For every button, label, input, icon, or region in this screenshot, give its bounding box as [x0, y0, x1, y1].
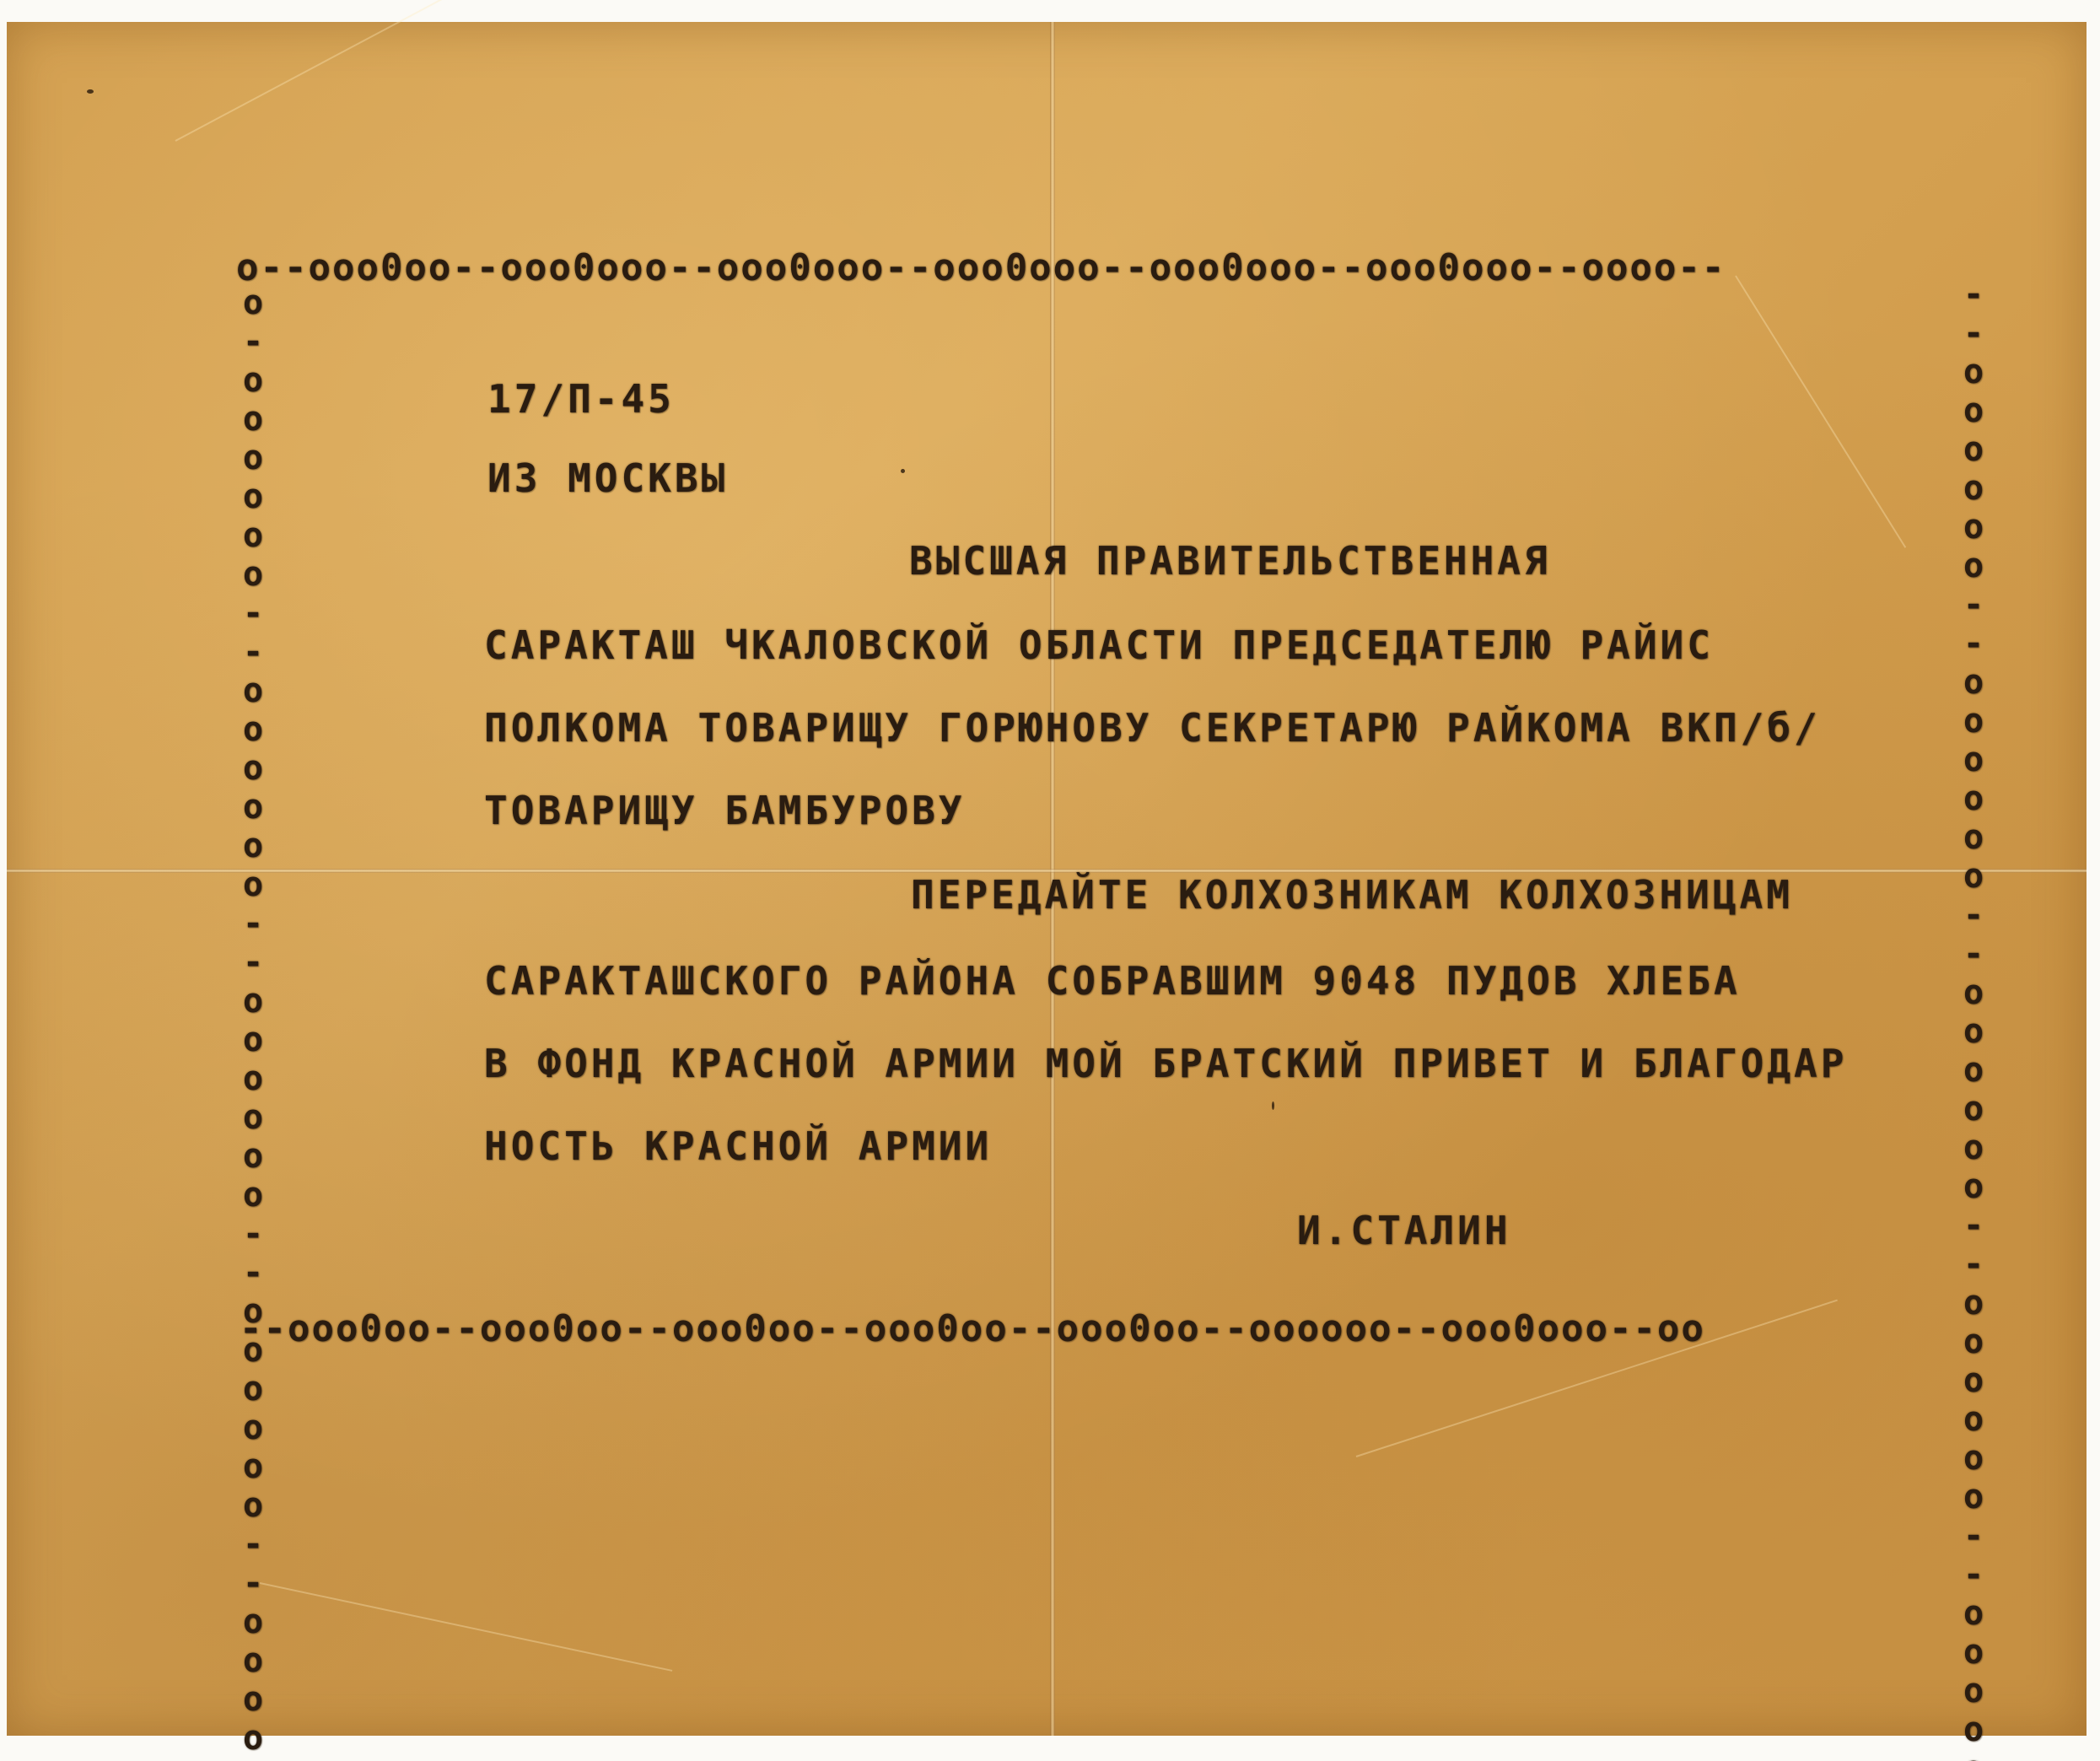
paper-crease [1735, 275, 1906, 547]
body-line-3: В ФОНД КРАСНОЙ АРМИИ МОЙ БРАТСКИЙ ПРИВЕТ… [484, 1041, 1847, 1086]
address-line-1: САРАКТАШ ЧКАЛОВСКОЙ ОБЛАСТИ ПРЕДСЕДАТЕЛЮ… [484, 622, 1714, 668]
body-line-4: НОСТЬ КРАСНОЙ АРМИИ [484, 1123, 992, 1169]
border-top: o--ooo0oo--ooo0ooo--ooo0ooo--ooo0ooo--oo… [236, 246, 1726, 289]
paper-crease [260, 1582, 672, 1672]
border-right: --oooooo--oooooo--oooooo--oooooo--oooooo… [1957, 275, 1990, 1354]
telegram-paper: o--ooo0oo--ooo0ooo--ooo0ooo--ooo0ooo--oo… [7, 22, 2087, 1736]
border-bottom: --ooo0oo--ooo0oo--ooo0oo--ooo0oo--ooo0oo… [240, 1307, 1705, 1350]
signature: И.СТАЛИН [1297, 1208, 1511, 1253]
ink-speck [901, 469, 905, 473]
telegram-priority: ВЫСШАЯ ПРАВИТЕЛЬСТВЕННАЯ [909, 538, 1551, 584]
border-left: o-oooooo--oooooo--oooooo--oooooo--oooooo… [236, 283, 270, 1329]
address-line-3: ТОВАРИЩУ БАМБУРОВУ [484, 788, 966, 833]
address-line-2: ПОЛКОМА ТОВАРИЩУ ГОРЮНОВУ СЕКРЕТАРЮ РАЙК… [484, 705, 1821, 751]
ink-speck [87, 89, 94, 94]
ink-speck [1272, 1101, 1274, 1110]
telegram-date: 17/П-45 [487, 376, 675, 422]
body-line-2: САРАКТАШСКОГО РАЙОНА СОБРАВШИМ 9048 ПУДО… [484, 958, 1741, 1004]
paper-crease [175, 0, 489, 142]
body-line-1: ПЕРЕДАЙТЕ КОЛХОЗНИКАМ КОЛХОЗНИЦАМ [911, 872, 1793, 918]
telegram-origin: ИЗ МОСКВЫ [487, 455, 728, 501]
